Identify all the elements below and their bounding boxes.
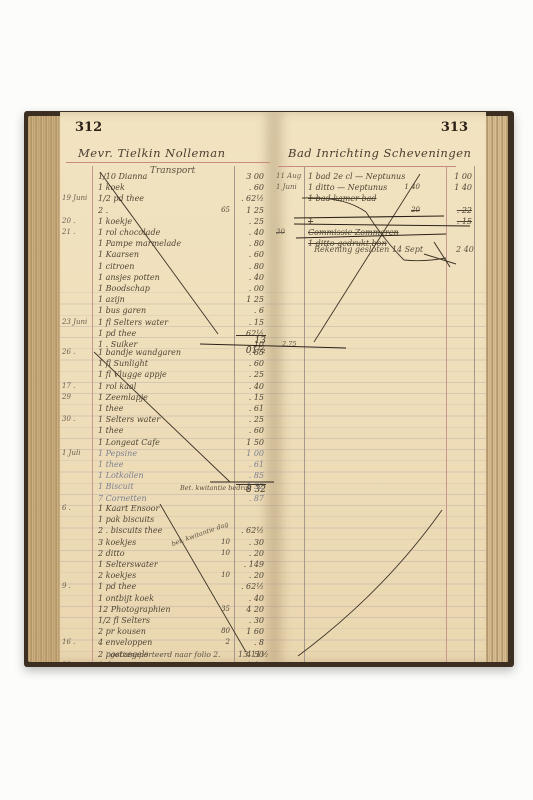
entry-description: 1 pak biscuits xyxy=(98,515,154,524)
entry-description: 4 enveloppen xyxy=(98,638,152,647)
entry-date: 23 Juni xyxy=(62,318,88,326)
entry-description: 1 thee xyxy=(98,426,123,435)
entry-description: 2 koekjes xyxy=(98,571,136,580)
entry-amount: 1 50 xyxy=(238,438,264,447)
entry-description: 1 Boodschap xyxy=(98,284,150,293)
entry-description: 1 fl Selters water xyxy=(98,318,168,327)
entry-rate: 35 xyxy=(208,605,230,613)
entry-amount: 1 00 xyxy=(238,449,264,458)
ledger-entry-row: 6 .1 Kaart Ensoor xyxy=(60,504,274,516)
entry-description: 3 koekjes xyxy=(98,538,136,547)
entry-description: 1/10 Dianna xyxy=(98,172,147,181)
entry-amount: 1 00 xyxy=(442,172,472,181)
entry-rate: 10 xyxy=(208,571,230,579)
entry-amount: . 20 xyxy=(238,549,264,558)
ledger-entry-row: 1. 15 xyxy=(274,217,486,229)
entry-description: 1/2 pd thee xyxy=(98,194,144,203)
entry-amount: 1 40 xyxy=(442,183,472,192)
account-title: Mevr. Tielkin Nolleman xyxy=(78,146,225,160)
ledger-entry-row: 21 .1 rol chocolade. 40 xyxy=(60,228,274,240)
entry-amount: . 15 xyxy=(238,393,264,402)
entry-description: 1 bad kamer bad xyxy=(308,194,377,203)
entry-amount: . 22 xyxy=(442,206,472,215)
ledger-entry-row: 30Commissie Zommeren xyxy=(274,228,486,240)
ledger-entry-row: 1 fl Sunlight. 60 xyxy=(60,359,274,371)
ruled-lines xyxy=(274,282,486,662)
ledger-entry-row: 1/10 Dianna3 00 xyxy=(60,172,274,184)
entry-amount: . 85 xyxy=(238,471,264,480)
entry-amount: . 40 xyxy=(238,228,264,237)
entry-amount: . 8 xyxy=(238,638,264,647)
entry-description: 1 pd thee xyxy=(98,329,136,338)
entry-rate: 10 xyxy=(208,538,230,546)
ledger-entry-row: 1 Longeat Cafe1 50 xyxy=(60,438,274,450)
entry-description: 1 citroen xyxy=(98,262,134,271)
entry-date: 1 Juni xyxy=(276,183,302,191)
entry-description: 1 ontbijt koek xyxy=(98,594,154,603)
entry-amount: . 62½ xyxy=(238,526,264,535)
ledger-entry-row: 1/2 fl Selters. 30 xyxy=(60,616,274,628)
carry-forward-total: 13 11½ xyxy=(238,650,269,659)
ledger-entry-row: 1 citroen. 80 xyxy=(60,262,274,274)
settlement-amount: 2 40 xyxy=(456,245,474,254)
entry-description: 1 bus garen xyxy=(98,306,146,315)
entry-description: 1 rol kaal xyxy=(98,382,136,391)
entry-date: 21 . xyxy=(62,228,88,236)
entry-amount: . 6 xyxy=(238,306,264,315)
page-block-right-edge xyxy=(484,116,508,662)
entry-description: 1 xyxy=(308,217,313,226)
entry-description: 1 ansjes potten xyxy=(98,273,160,282)
ledger-entry-row: 2 .651 25 xyxy=(60,206,274,218)
entry-description: 1 thee xyxy=(98,460,123,469)
entry-description: 1 Kaarsen xyxy=(98,250,139,259)
entry-date: 30 . xyxy=(62,415,88,423)
entry-description: 1 Selterswater xyxy=(98,560,158,569)
entry-amount: . 30 xyxy=(238,616,264,625)
entry-date: 16 . xyxy=(62,638,88,646)
entry-rate: 2 xyxy=(208,638,230,646)
entry-date: 26 . xyxy=(62,348,88,356)
ledger-entry-row: 2 pr kousen801 60 xyxy=(60,627,274,639)
entry-date: 19 Juni xyxy=(62,194,88,202)
entry-amount: . 40 xyxy=(238,382,264,391)
entry-date: 11 Aug xyxy=(276,172,302,180)
entry-description: 1 bad 2e cl — Neptunus xyxy=(308,172,405,181)
ledger-entry-row: 2 ditto10. 20 xyxy=(60,549,274,561)
entry-description: 1 rol chocolade xyxy=(98,228,160,237)
entry-description: 1 fl Sunlight xyxy=(98,359,148,368)
entry-description: 1 Kaart Ensoor xyxy=(98,504,159,513)
entry-amount: . 62½ xyxy=(238,194,264,203)
entry-date: 9 . xyxy=(62,582,88,590)
ledger-entry-row: 3 koekjes10. 30 xyxy=(60,538,274,550)
ledger-entry-row: 20. 22 xyxy=(274,206,486,218)
ledger-entry-row: 1 fl Vlugge appje. 25 xyxy=(60,370,274,382)
entry-amount: 1 10 xyxy=(238,661,264,662)
entry-amount: . 30 xyxy=(238,538,264,547)
ledger-entry-row: 1 Boodschap. 00 xyxy=(60,284,274,296)
entry-description: 1 Zeemlapje xyxy=(98,393,148,402)
carry-forward-note: getransporteerd naar folio 2. xyxy=(110,650,220,659)
entry-amount: . 25 xyxy=(238,370,264,379)
ledger-entry-row: 1 thee. 61 xyxy=(60,460,274,472)
ledger-entry-row: 291 Zeemlapje. 15 xyxy=(60,393,274,405)
settlement-note: Rekening gesloten 14 Sept xyxy=(314,245,423,254)
right-ledger-page: 313 Bad Inrichting Scheveningen 11 Aug1 … xyxy=(274,112,486,662)
entry-description: 1 pd thee xyxy=(98,582,136,591)
ledger-entry-row: 1 pak biscuits xyxy=(60,515,274,527)
ledger-entry-row: 30 .1 Selters water. 25 xyxy=(60,415,274,427)
entry-rate: 65 xyxy=(208,206,230,214)
ledger-entry-row: 1 Juli1 Pepsine1 00 xyxy=(60,449,274,461)
left-ledger-page: 312 Mevr. Tielkin Nolleman Transport 1/1… xyxy=(60,112,274,662)
ledger-entry-row: 1 ontbijt koek. 40 xyxy=(60,594,274,606)
entry-date: 17 . xyxy=(62,382,88,390)
entry-description: 1 Lotkollen xyxy=(98,471,144,480)
entry-date: 30 xyxy=(276,228,302,236)
entry-description: 1/2 fl Selters xyxy=(98,616,150,625)
transport-mark: 2.75 xyxy=(282,340,296,348)
entry-rate: 10 xyxy=(208,549,230,557)
entry-description: 2 ditto xyxy=(98,549,125,558)
ledger-entry-row: 1 Lotkollen. 85 xyxy=(60,471,274,483)
header-red-rule xyxy=(66,162,270,163)
ledger-entry-row: 12 Photographien354 20 xyxy=(60,605,274,617)
entry-amount: . 60 xyxy=(238,426,264,435)
entry-amount: . 15 xyxy=(442,217,472,226)
subtotal-1: 13 01½ xyxy=(236,335,266,356)
entry-description: 1 thee xyxy=(98,404,123,413)
subtotal-2: 8 32 xyxy=(236,484,266,495)
entry-description: 1 Pampe marmelade xyxy=(98,239,181,248)
ledger-entry-row: 22 .1 das1 10 xyxy=(60,661,274,662)
entry-rate: 20 xyxy=(394,206,420,214)
entry-description: 1 Longeat Cafe xyxy=(98,438,160,447)
ledger-entry-row: 16 .4 enveloppen2. 8 xyxy=(60,638,274,650)
entry-date: 20 . xyxy=(62,217,88,225)
ledger-entry-row: 2 koekjes10. 20 xyxy=(60,571,274,583)
entry-amount: . 149 xyxy=(238,560,264,569)
entry-amount: . 60 xyxy=(238,359,264,368)
entry-description: 1 koekje xyxy=(98,217,132,226)
ledger-entry-row: 11 Aug1 bad 2e cl — Neptunus1 00 xyxy=(274,172,486,184)
ledger-entry-row: 1 bus garen. 6 xyxy=(60,306,274,318)
entry-amount: . 60 xyxy=(238,250,264,259)
entry-description: 1 Selters water xyxy=(98,415,160,424)
entry-description: 1 azijn xyxy=(98,295,125,304)
entry-description: 1 das xyxy=(98,661,120,662)
entry-date: 22 . xyxy=(62,661,88,662)
entry-amount: . 80 xyxy=(238,262,264,271)
entry-description: 2 pr kousen xyxy=(98,627,146,636)
entry-description: 1 Biscuit xyxy=(98,482,134,491)
ledger-entry-row: 1 thee. 61 xyxy=(60,404,274,416)
page-number: 312 xyxy=(75,120,102,135)
ledger-entry-row: 2 . biscuits thee. 62½ xyxy=(60,526,274,538)
entry-amount: 3 00 xyxy=(238,172,264,181)
entry-amount: 1 25 xyxy=(238,206,264,215)
entry-date: 1 Juli xyxy=(62,449,88,457)
ledger-entry-row: 1 ansjes potten. 40 xyxy=(60,273,274,285)
entry-amount: . 25 xyxy=(238,217,264,226)
entry-description: 1 fl Vlugge appje xyxy=(98,370,167,379)
ledger-entry-row: 1 koek. 60 xyxy=(60,183,274,195)
entry-amount: 1 25 xyxy=(238,295,264,304)
ledger-entry-row: 1 bad kamer bad xyxy=(274,194,486,206)
entry-amount: . 15 xyxy=(238,318,264,327)
entry-description: Commissie Zommeren xyxy=(308,228,399,237)
entry-amount: . 61 xyxy=(238,460,264,469)
entry-description: 1 Pepsine xyxy=(98,449,137,458)
entry-amount: 1 60 xyxy=(238,627,264,636)
entry-description: 1 bandje wandgaren xyxy=(98,348,181,357)
ledger-entry-row: 1 Pampe marmelade. 80 xyxy=(60,239,274,251)
entry-amount: 4 20 xyxy=(238,605,264,614)
ledger-entry-row: 17 .1 rol kaal. 40 xyxy=(60,382,274,394)
ledger-entry-row: 20 .1 koekje. 25 xyxy=(60,217,274,229)
ledger-entry-row: 1 Kaarsen. 60 xyxy=(60,250,274,262)
entry-date: 6 . xyxy=(62,504,88,512)
entry-description: 1 ditto — Neptunus xyxy=(308,183,387,192)
entry-description: 7 Cornetten xyxy=(98,494,147,503)
ledger-entry-row: 19 Juni1/2 pd thee. 62½ xyxy=(60,194,274,206)
entry-amount: . 40 xyxy=(238,273,264,282)
page-block-left-edge xyxy=(28,116,62,662)
entry-amount: . 40 xyxy=(238,594,264,603)
page-number: 313 xyxy=(441,120,468,135)
account-title: Bad Inrichting Scheveningen xyxy=(288,146,471,160)
entry-amount: . 61 xyxy=(238,404,264,413)
entry-date: 29 xyxy=(62,393,88,401)
entry-amount: . 20 xyxy=(238,571,264,580)
ledger-entry-row: 1 thee. 60 xyxy=(60,426,274,438)
entry-description: 2 . biscuits thee xyxy=(98,526,162,535)
entry-rate: 1 40 xyxy=(394,183,420,191)
entry-amount: . 60 xyxy=(238,183,264,192)
entry-rate: 80 xyxy=(208,627,230,635)
ledger-entry-row: 1 Selterswater. 149 xyxy=(60,560,274,572)
ledger-entry-row: 1 Juni1 ditto — Neptunus1 401 40 xyxy=(274,183,486,195)
entry-amount: . 00 xyxy=(238,284,264,293)
entry-description: 1 koek xyxy=(98,183,125,192)
entry-amount: . 62½ xyxy=(238,582,264,591)
entry-description: 12 Photographien xyxy=(98,605,171,614)
ledger-entry-row: 1 azijn1 25 xyxy=(60,295,274,307)
entry-amount: . 80 xyxy=(238,239,264,248)
entry-description: 2 . xyxy=(98,206,108,215)
ledger-entry-row: 9 .1 pd thee. 62½ xyxy=(60,582,274,594)
ledger-entry-row: 23 Juni1 fl Selters water. 15 xyxy=(60,318,274,330)
entry-amount: . 25 xyxy=(238,415,264,424)
